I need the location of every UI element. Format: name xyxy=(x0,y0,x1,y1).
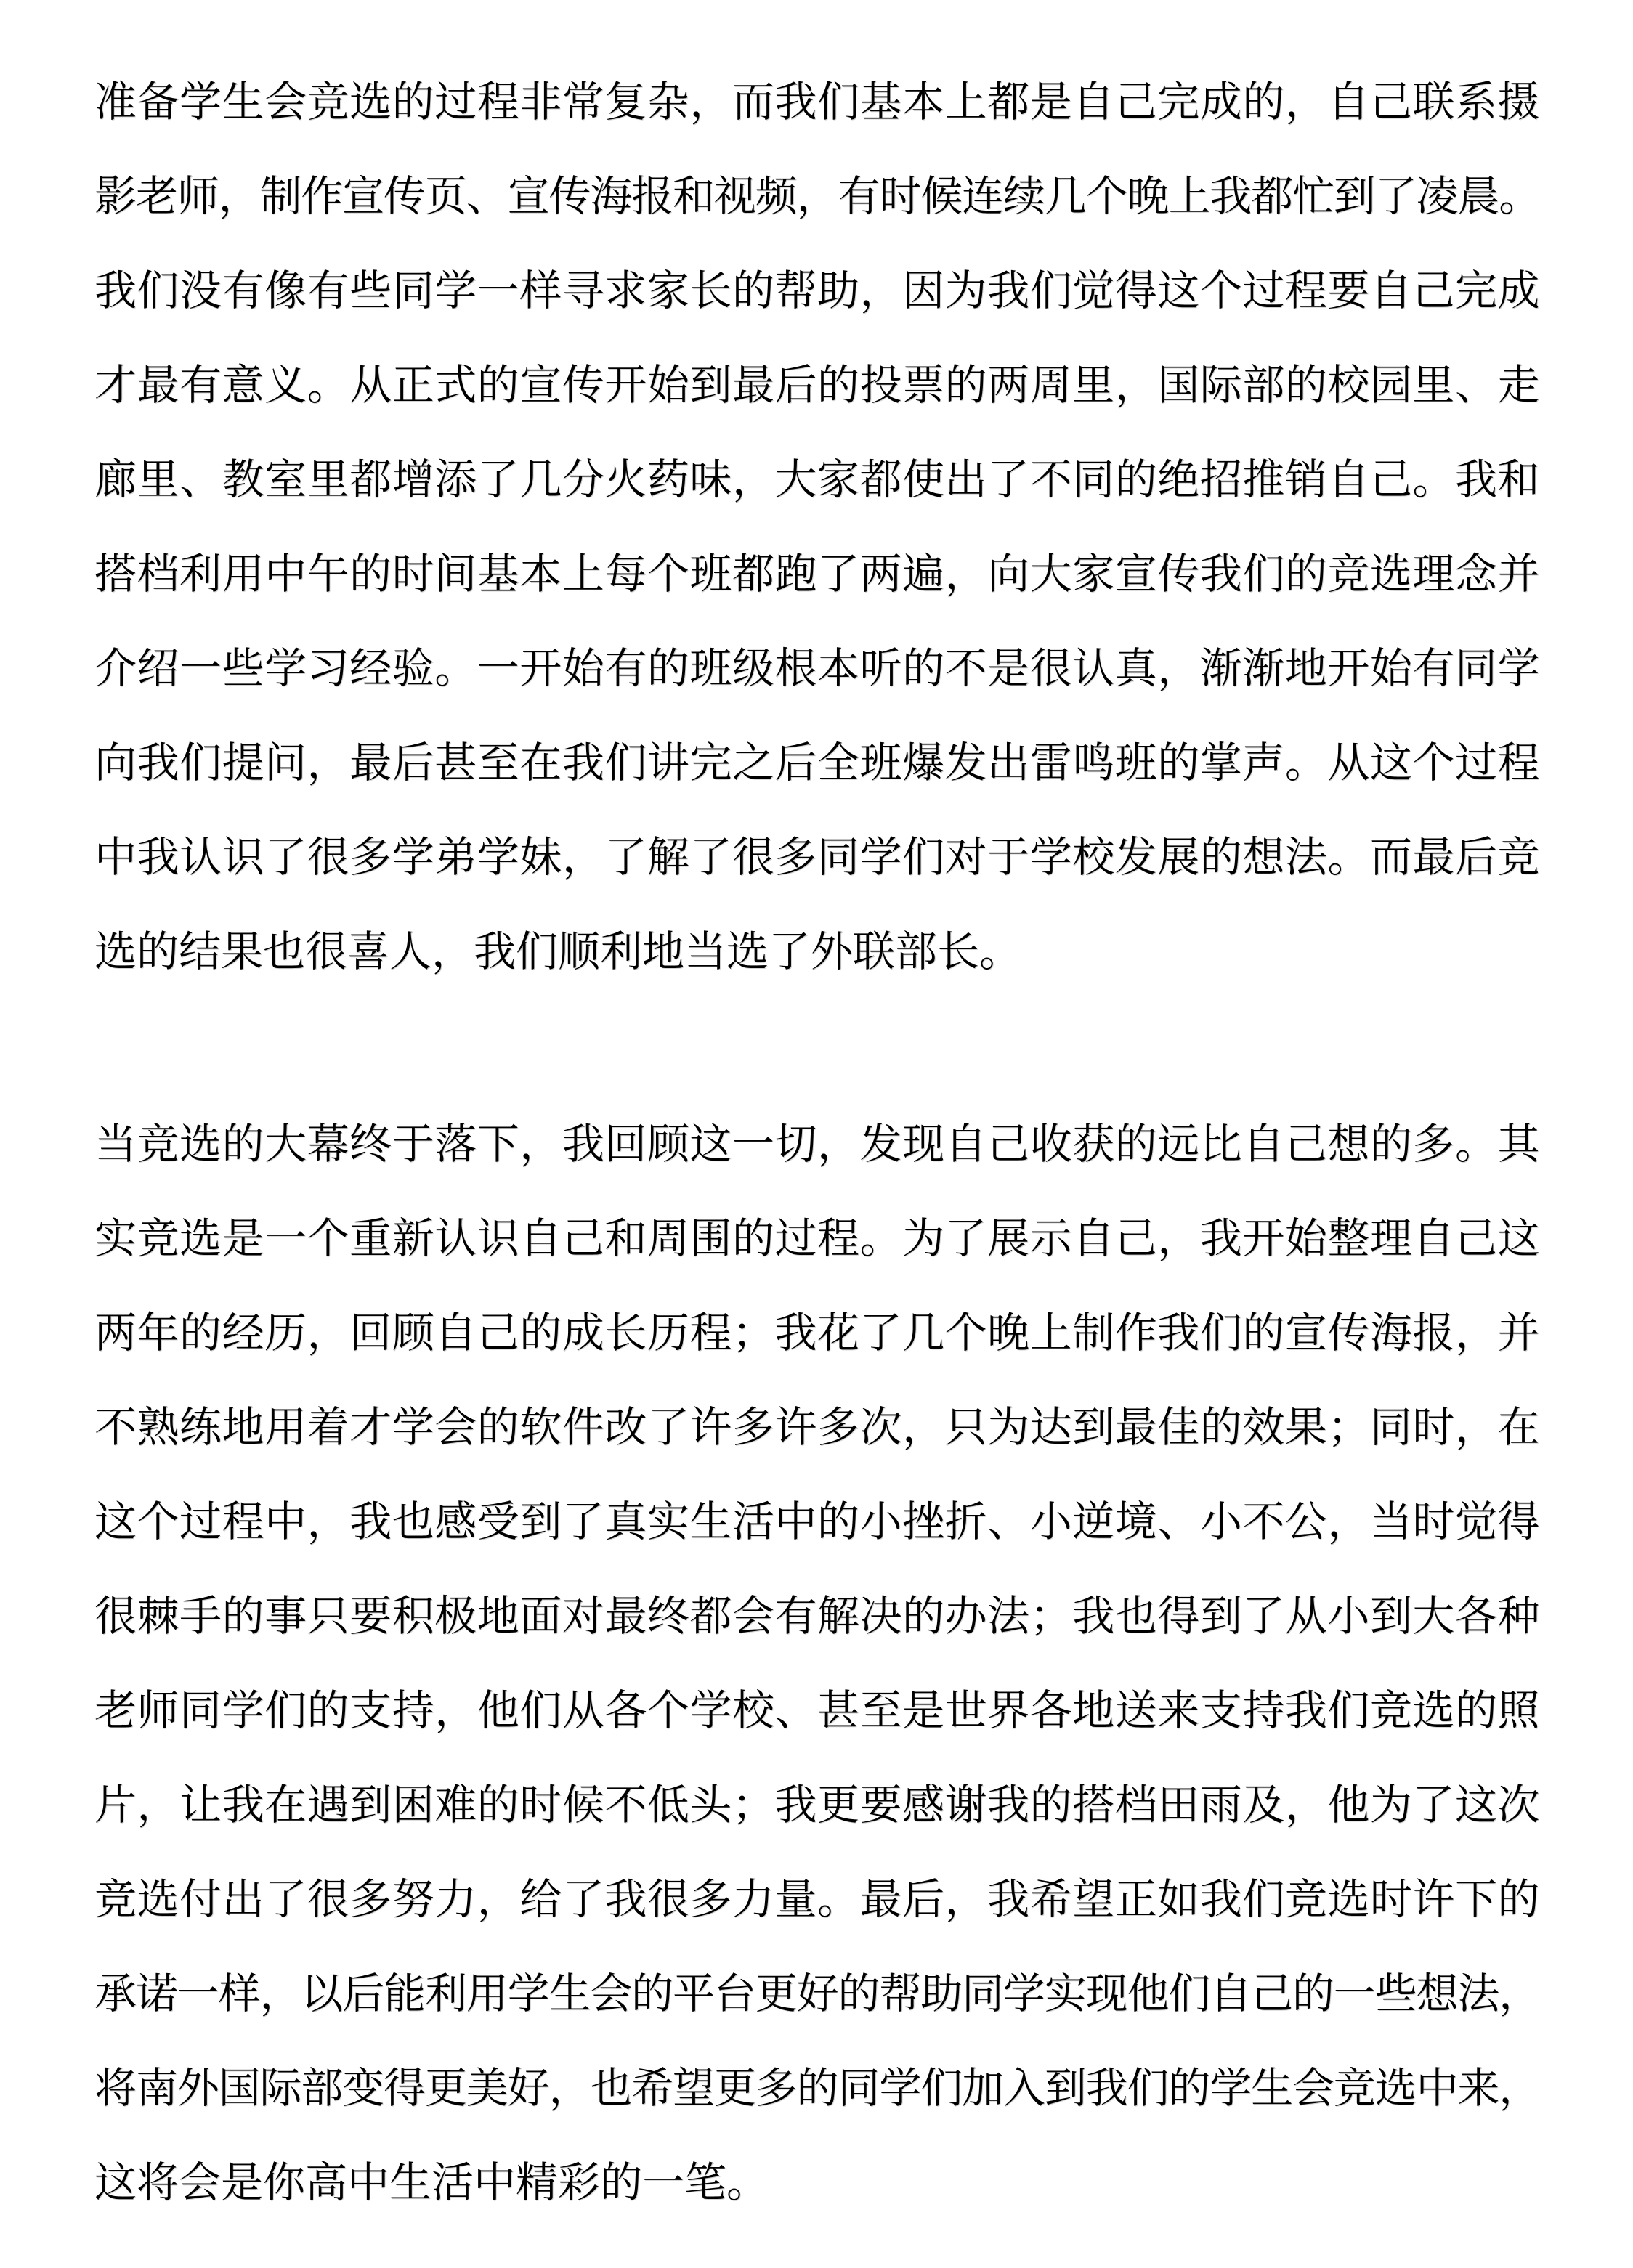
text-line: 中我认识了很多学弟学妹，了解了很多同学们对于学校发展的想法。而最后竞 xyxy=(94,810,1540,905)
text-line: 实竞选是一个重新认识自己和周围的过程。为了展示自己，我开始整理自己这 xyxy=(94,1192,1540,1286)
document-page: 准备学生会竞选的过程非常复杂，而我们基本上都是自己完成的，自己联系摄影老师，制作… xyxy=(0,0,1633,2268)
text-line: 片，让我在遇到困难的时候不低头；我更要感谢我的搭档田雨及，他为了这次 xyxy=(94,1758,1540,1853)
text-line: 这个过程中，我也感受到了真实生活中的小挫折、小逆境、小不公，当时觉得 xyxy=(94,1475,1540,1569)
text-line: 选的结果也很喜人，我们顺利地当选了外联部长。 xyxy=(94,905,1540,999)
text-line: 承诺一样，以后能利用学生会的平台更好的帮助同学实现他们自己的一些想法， xyxy=(94,1947,1540,2041)
text-line: 介绍一些学习经验。一开始有的班级根本听的不是很认真，渐渐地开始有同学 xyxy=(94,622,1540,716)
paragraph: 当竞选的大幕终于落下，我回顾这一切，发现自己收获的远比自己想的多。其实竞选是一个… xyxy=(94,1097,1540,2230)
text-line: 影老师，制作宣传页、宣传海报和视频，有时候连续几个晚上我都忙到了凌晨。 xyxy=(94,150,1540,244)
text-line: 才最有意义。从正式的宣传开始到最后的投票的两周里，国际部的校园里、走 xyxy=(94,338,1540,433)
text-line: 准备学生会竞选的过程非常复杂，而我们基本上都是自己完成的，自己联系摄 xyxy=(94,55,1540,150)
text-line: 将南外国际部变得更美好，也希望更多的同学们加入到我们的学生会竞选中来， xyxy=(94,2041,1540,2136)
text-line: 很棘手的事只要积极地面对最终都会有解决的办法；我也得到了从小到大各种 xyxy=(94,1569,1540,1664)
text-line: 不熟练地用着才学会的软件改了许多许多次，只为达到最佳的效果；同时，在 xyxy=(94,1381,1540,1475)
text-line: 当竞选的大幕终于落下，我回顾这一切，发现自己收获的远比自己想的多。其 xyxy=(94,1097,1540,1192)
text-line: 搭档利用中午的时间基本上每个班都跑了两遍，向大家宣传我们的竞选理念并 xyxy=(94,527,1540,622)
document-body: 准备学生会竞选的过程非常复杂，而我们基本上都是自己完成的，自己联系摄影老师，制作… xyxy=(94,55,1540,2230)
text-line: 这将会是你高中生活中精彩的一笔。 xyxy=(94,2136,1540,2230)
text-line: 我们没有像有些同学一样寻求家长的帮助，因为我们觉得这个过程要自己完成 xyxy=(94,244,1540,338)
text-line: 两年的经历，回顾自己的成长历程；我花了几个晚上制作我们的宣传海报，并 xyxy=(94,1286,1540,1381)
text-line: 向我们提问，最后甚至在我们讲完之后全班爆发出雷鸣班的掌声。从这个过程 xyxy=(94,716,1540,810)
text-line: 老师同学们的支持，他们从各个学校、甚至是世界各地送来支持我们竞选的照 xyxy=(94,1664,1540,1758)
text-line: 竞选付出了很多努力，给了我很多力量。最后，我希望正如我们竞选时许下的 xyxy=(94,1853,1540,1947)
text-line: 廊里、教室里都增添了几分火药味，大家都使出了不同的绝招推销自己。我和 xyxy=(94,433,1540,527)
paragraph: 准备学生会竞选的过程非常复杂，而我们基本上都是自己完成的，自己联系摄影老师，制作… xyxy=(94,55,1540,999)
